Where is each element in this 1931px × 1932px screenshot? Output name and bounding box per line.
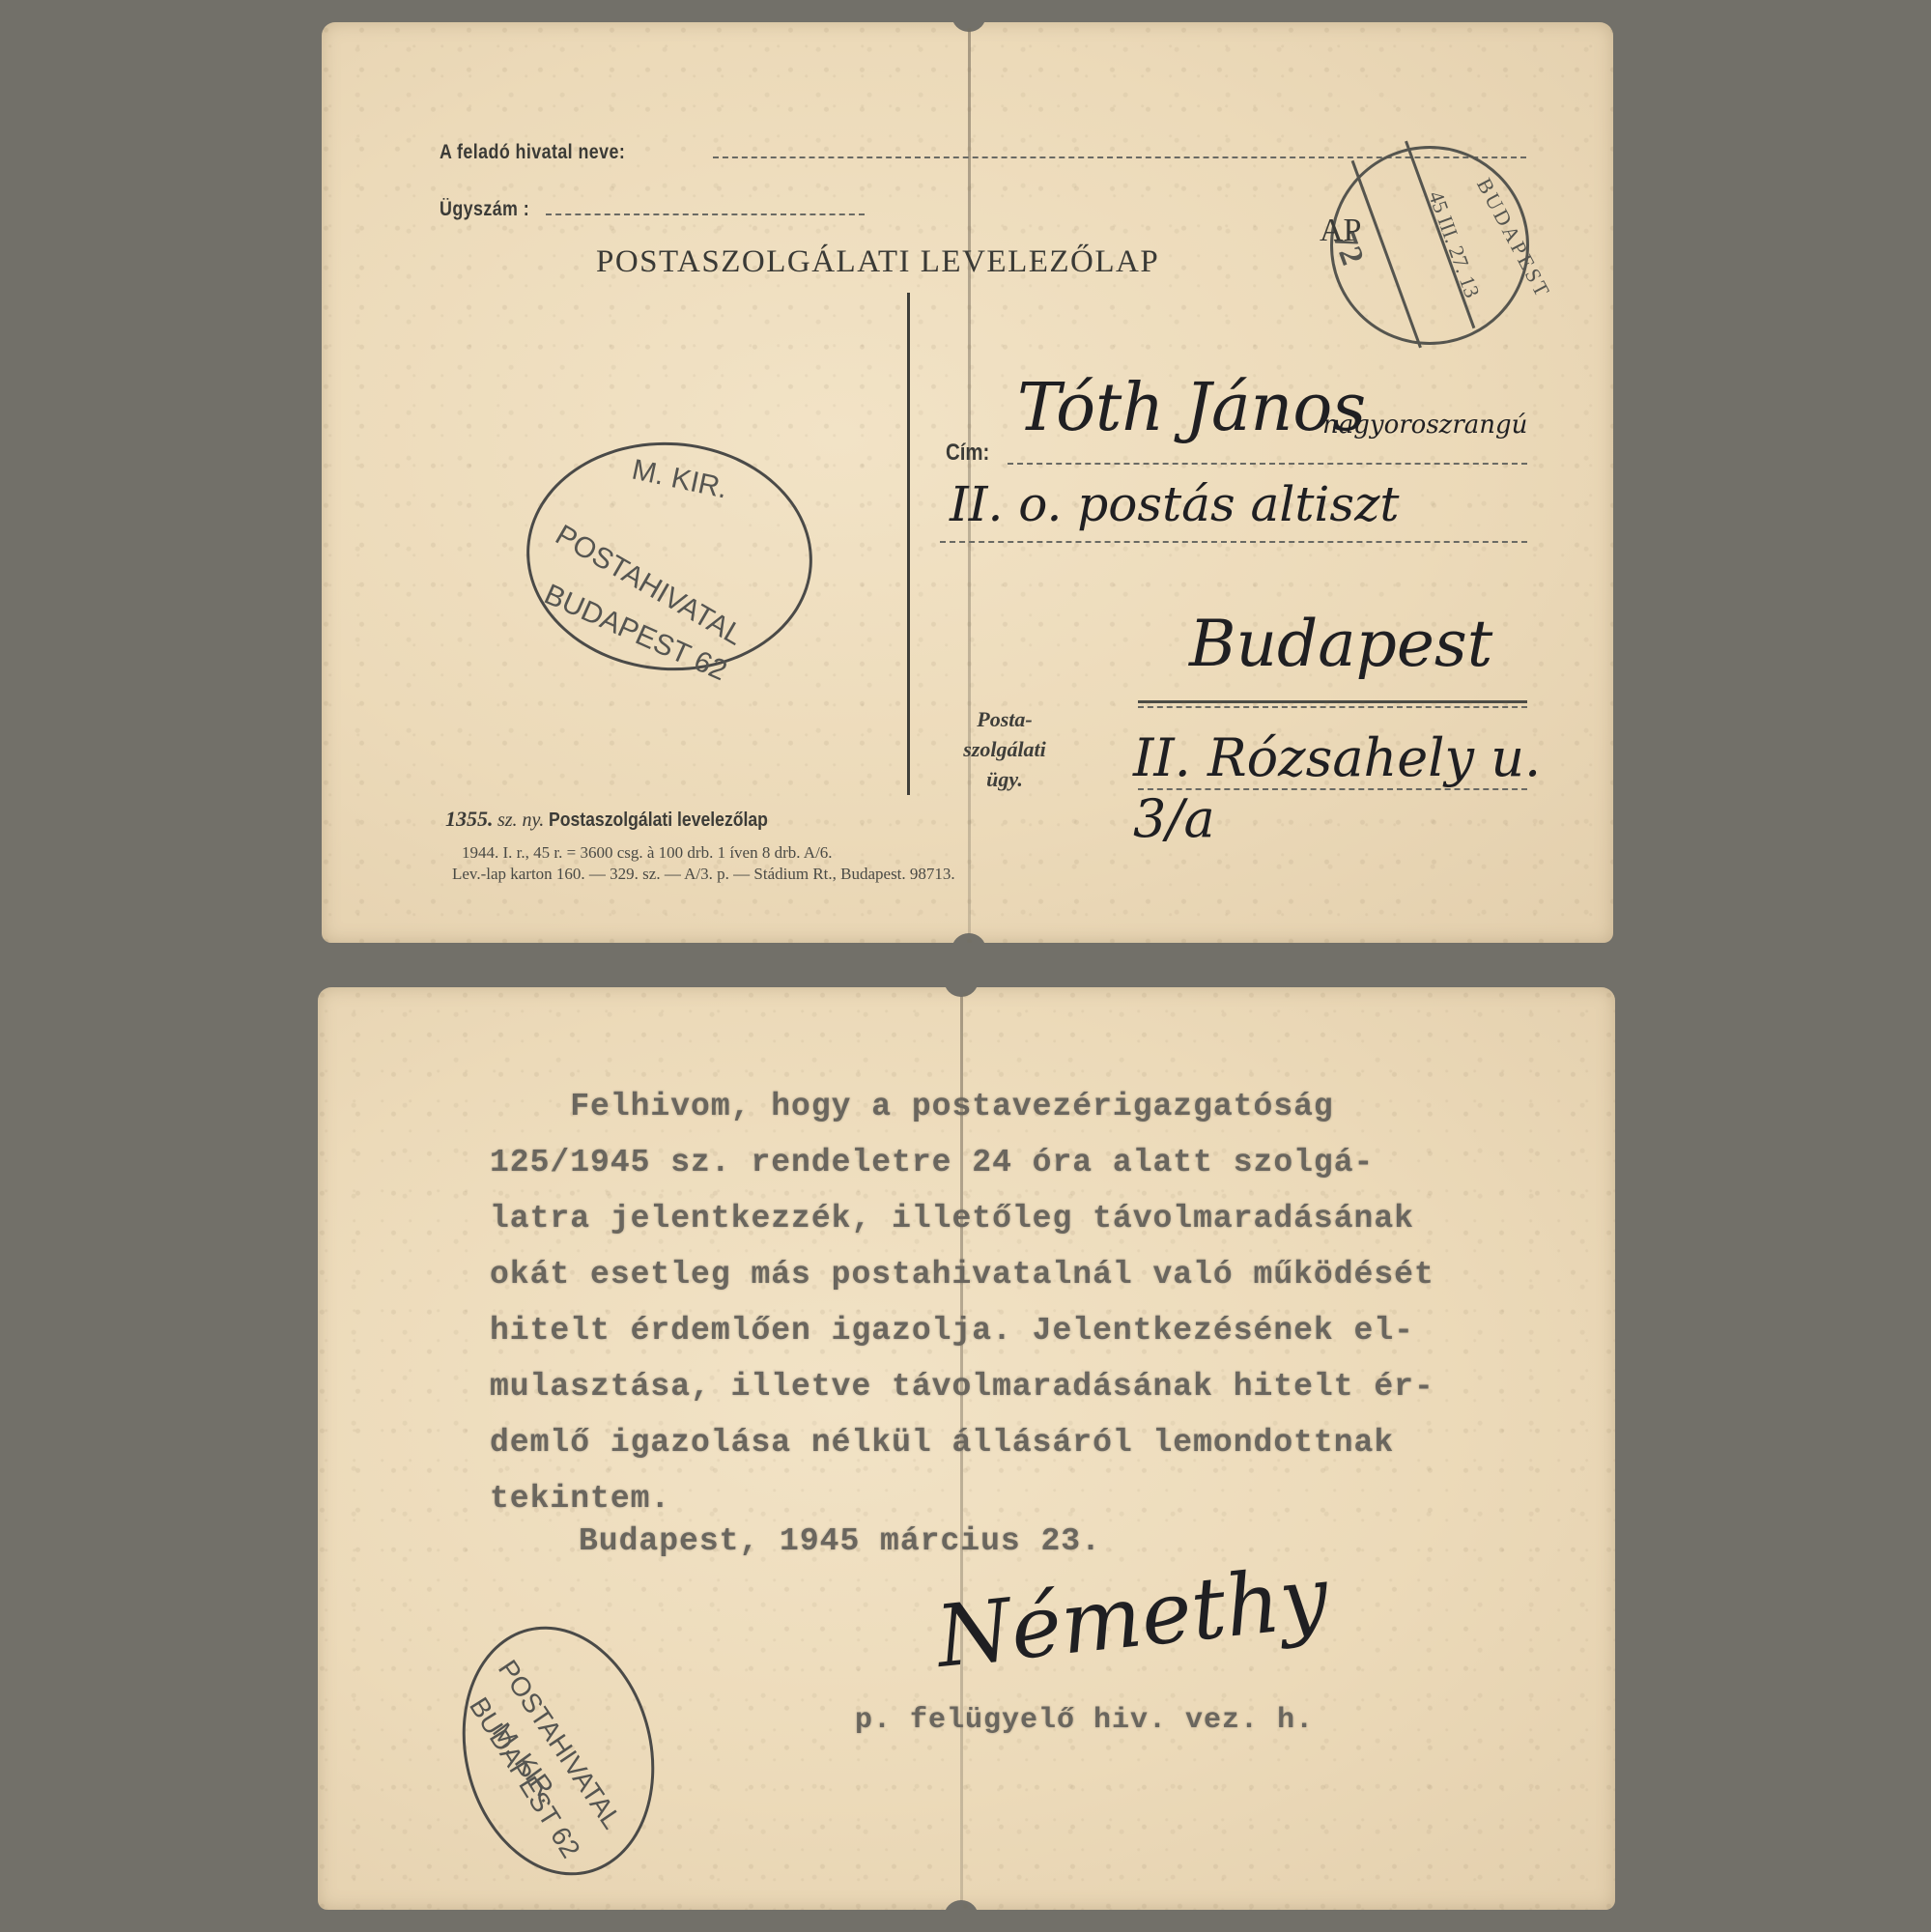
fold-notch-bottom — [951, 933, 986, 943]
postmark-city: BUDAPEST — [1471, 174, 1556, 303]
addressee-title: II. o. postás altiszt — [950, 476, 1400, 532]
address-line-3 — [1138, 700, 1527, 703]
typed-line: mulasztása, illetve távolmaradásának hit… — [490, 1359, 1434, 1415]
case-number-label: Ügyszám : — [440, 198, 529, 221]
fold-notch-top — [951, 22, 986, 32]
signature-title: p. felügyelő hiv. vez. h. — [855, 1704, 1314, 1737]
sender-office-label: A feladó hivatal neve: — [440, 141, 625, 164]
address-line-2 — [940, 541, 1527, 543]
service-note: Posta- szolgálati ügy. — [913, 704, 1096, 794]
postcard-front: A feladó hivatal neve: Ügyszám : POSTASZ… — [322, 22, 1613, 943]
fold-notch-top — [944, 987, 979, 997]
vertical-divider — [907, 293, 910, 795]
form-number-suffix: sz. ny. — [497, 810, 544, 831]
addressee-street: II. Rózsahely u. 3/a — [1133, 727, 1613, 849]
typed-line: okát esetleg más postahivatalnál való mű… — [490, 1247, 1434, 1303]
signature: Némethy — [932, 1547, 1333, 1687]
address-line-1 — [1008, 463, 1527, 465]
service-note-line2: szolgálati — [913, 734, 1096, 764]
service-note-line1: Posta- — [913, 704, 1096, 734]
service-note-line3: ügy. — [913, 764, 1096, 794]
postmark-circle: 45 III. 27. 13 BUDAPEST 72 AP — [1330, 146, 1529, 345]
typed-line: hitelt érdemlően igazolja. Jelentkezésén… — [490, 1303, 1434, 1359]
address-line-3-dash — [1138, 706, 1527, 708]
card-title: POSTASZOLGÁLATI LEVELEZŐLAP — [596, 244, 1159, 280]
postcard-back: Felhivom, hogy a postavezérigazgatóság 1… — [318, 987, 1615, 1910]
fold-notch-bottom — [944, 1900, 979, 1910]
postmark-overprint: AP — [1320, 213, 1361, 249]
imprint-line2: Lev.-lap karton 160. — 329. sz. — A/3. p… — [452, 865, 955, 884]
office-stamp-line1: M. KIR. — [629, 454, 730, 506]
typed-body: Felhivom, hogy a postavezérigazgatóság 1… — [490, 1079, 1434, 1527]
form-footer: 1355. sz. ny. Postaszolgálati levelezőla… — [445, 807, 798, 832]
office-stamp: M. KIR. POSTAHIVATAL BUDAPEST 62 — [437, 1605, 679, 1895]
date-line: Budapest, 1945 március 23. — [579, 1523, 1101, 1559]
typed-line: demlő igazolása nélkül állásáról lemondo… — [490, 1415, 1434, 1471]
addressee-name: Tóth János — [1017, 370, 1366, 446]
office-stamp: M. KIR. POSTAHIVATAL BUDAPEST 62 — [519, 433, 820, 680]
typed-line: tekintem. — [490, 1471, 1434, 1527]
case-number-field — [546, 213, 865, 215]
addressee-rank: nagyoroszrangú — [1322, 411, 1527, 440]
typed-line: Felhivom, hogy a postavezérigazgatóság — [490, 1079, 1434, 1135]
form-number: 1355. — [445, 807, 494, 831]
form-name: Postaszolgálati levelezőlap — [549, 810, 768, 832]
imprint-line1: 1944. I. r., 45 r. = 3600 csg. à 100 drb… — [462, 843, 833, 863]
address-label: Cím: — [946, 440, 989, 467]
typed-line: 125/1945 sz. rendeletre 24 óra alatt szo… — [490, 1135, 1434, 1191]
typed-line: latra jelentkezzék, illetőleg távolmarad… — [490, 1191, 1434, 1247]
addressee-city: Budapest — [1189, 607, 1492, 681]
